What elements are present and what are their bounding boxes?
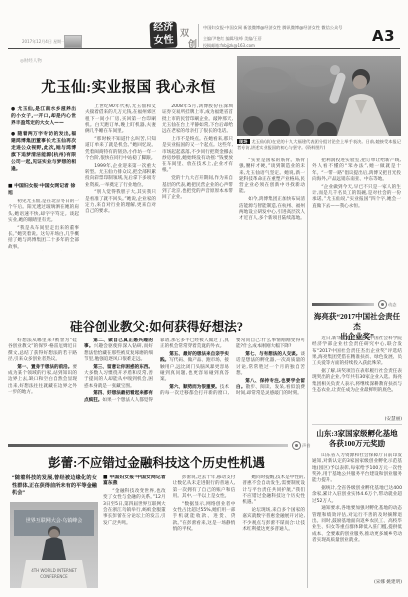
peng-podium-line2: CONFERENCE: [40, 574, 68, 579]
valley-headline: 硅谷创业教父:如何获得好想法?: [8, 317, 305, 335]
voice-tag: 声音: [302, 443, 310, 449]
header-divider: [198, 24, 199, 47]
peng-headline: 彭蕾:不应错过金融科技这个历史性机遇: [8, 453, 305, 471]
peng-quote: “随着科技的发展,曾经被边缘化的女性群体,正在获得前所未有的平等金融机会”: [12, 475, 97, 498]
logo-line-1: 经济: [150, 22, 177, 35]
news-separator-bar: [312, 303, 374, 306]
masthead-info: 中国妇女报·中国女网 新浪微博@经济女性 腾讯微博@经济女性 微信公众号 主编/…: [203, 25, 378, 49]
main-sidebar-divider: [307, 158, 308, 588]
voice-ring-icon: [292, 441, 301, 450]
lead-column-1: ● 尤玉仙,是江南水乡滋养出的小女子,一开口,却是内心世界丰盈笃定的大女人—— …: [8, 104, 79, 300]
lead-photo: [237, 56, 401, 136]
peng-byline: ■ 中国妇女报·中国女网记者 富东燕: [103, 475, 166, 488]
lead-headline: 尤玉仙:实业报国 我心永恒: [22, 76, 235, 97]
lead-column-3: 2008年5月,鸿博股份在深圳证券交易所挂牌上市,成为福建省首批上市的民营印刷企…: [162, 104, 233, 300]
lead-photo-caption: 现场尤玉仙(前)在党的十九大福建代表团分组讨论会上举手表决。日前,她接受本报记者…: [237, 139, 401, 151]
lead-column-5: 把利润投进实验室,把订单让给新产线,外人看不懂的“笨办法”,她一做就是十年。“一…: [312, 158, 401, 298]
page-number: A3: [372, 27, 395, 45]
voice-separator-bar: [8, 444, 288, 447]
hailiang-headline-line1: 海亮获“2017中国社会责任杰: [312, 312, 402, 332]
column-tag: ◎财经人物: [20, 58, 42, 64]
edition-date: 2017年12月4日 星期一: [22, 39, 65, 45]
section-logo-stamp: 经济 女性: [150, 22, 178, 49]
sidebar-rule: [312, 424, 402, 425]
peng-body: ■ 中国妇女报·中国女网记者 富东燕 “金融科技改变世界,也改变了女性与金融的关…: [103, 475, 305, 588]
caption-label: 现场: [237, 139, 250, 144]
newspaper-page: 2017年12月4日 星期一 经济 女性 双 创 中国妇女报·中国女网 新浪微博…: [0, 0, 408, 597]
shandong-body: 山东省人力资源和社会保障厅日前印发通知,对新认定的3家国家级创业孵化示范基地(园…: [312, 453, 402, 577]
header-rule: [8, 48, 400, 49]
caption-text: 尤玉仙(前)在党的十九大福建代表团分组讨论会上举手表决。日前,她接受本报记者专访…: [237, 139, 401, 150]
lead-photo-illustration: [237, 56, 401, 136]
peng-podium-line1: 4TH WORLD INTERNET: [31, 568, 77, 573]
lead-intro-2: ● 随着两万字专访的发出,福建鸿博集团董事长尤玉仙再次走进公众视野,此次,她与鸿…: [11, 131, 76, 173]
lead-intro-1: ● 尤玉仙,是江南水乡滋养出的小女子,一开口,却是内心世界丰盈笃定的大女人——: [11, 106, 76, 127]
lead-col1-text: 初见尤玉仙,是在北京冬日的一个午后。阳光透过玻璃洒在她的肩头,她语速不快,却字字…: [8, 199, 79, 251]
shandong-byline: (宋娜 姚建明): [312, 579, 402, 585]
masthead-brand-line: 中国妇女报·中国女网 新浪微博@经济女性 腾讯微博@经济女性 微信公众号: [203, 25, 378, 31]
lead-byline: ■ 中国妇女报·中国女网记者 徐旭: [8, 182, 79, 196]
hailiang-body: 近日,新华社瞭望智库与中国社会科学院经济学部企业社会责任研究中心,联合发布“20…: [312, 336, 402, 416]
peng-body-wrap: ■ 中国妇女报·中国女网记者 富东燕 “金融科技改变世界,也改变了女性与金融的关…: [103, 475, 305, 588]
lead-intro: ● 尤玉仙,是江南水乡滋养出的小女子,一开口,却是内心世界丰盈笃定的大女人—— …: [8, 104, 79, 180]
valley-intro: 好想法从哪里来?被誉为“硅谷创业教父”的保罗·格雷厄姆近日撰文,总结了获得好想法…: [8, 338, 77, 363]
peng-photo: 世界互联网大会·乌镇峰会 4TH WORLD INTERNET CONFEREN…: [10, 502, 98, 588]
peng-photo-backdrop-text: 世界互联网大会·乌镇峰会: [26, 517, 83, 524]
logo-line-2: 女性: [150, 34, 177, 47]
shandong-headline-line2: 各获100万元奖励: [312, 439, 402, 449]
lead-column-2: 上世纪90年代初,尤玉仙和丈夫揣着借来的几万元钱,在福州郊区租下一间小厂房,买回…: [85, 104, 156, 300]
valley-body: 好想法从哪里来?被誉为“硅谷创业教父”的保罗·格雷厄姆近日撰文,总结了获得好想法…: [8, 338, 305, 438]
masthead-editors: 主编/尹艳红 编辑/张峥 美编/王蓓: [203, 36, 378, 42]
weather-box: [64, 35, 82, 48]
peng-photo-illustration: 世界互联网大会·乌镇峰会 4TH WORLD INTERNET CONFEREN…: [10, 502, 98, 588]
shandong-headline-line1: 山东:3家国家级孵化基地: [312, 429, 402, 439]
news-tag: 动态: [388, 302, 396, 308]
hailiang-byline: (安慧丽): [312, 416, 402, 422]
lead-column-4: “实业是国家的筋骨。筋骨强,腰杆才硬。”谈到制造业的未来,尤玉仙语气坚定。她说,…: [239, 158, 305, 300]
news-ring-icon: [378, 300, 387, 309]
shandong-headline: 山东:3家国家级孵化基地 各获100万元奖励: [312, 429, 402, 449]
